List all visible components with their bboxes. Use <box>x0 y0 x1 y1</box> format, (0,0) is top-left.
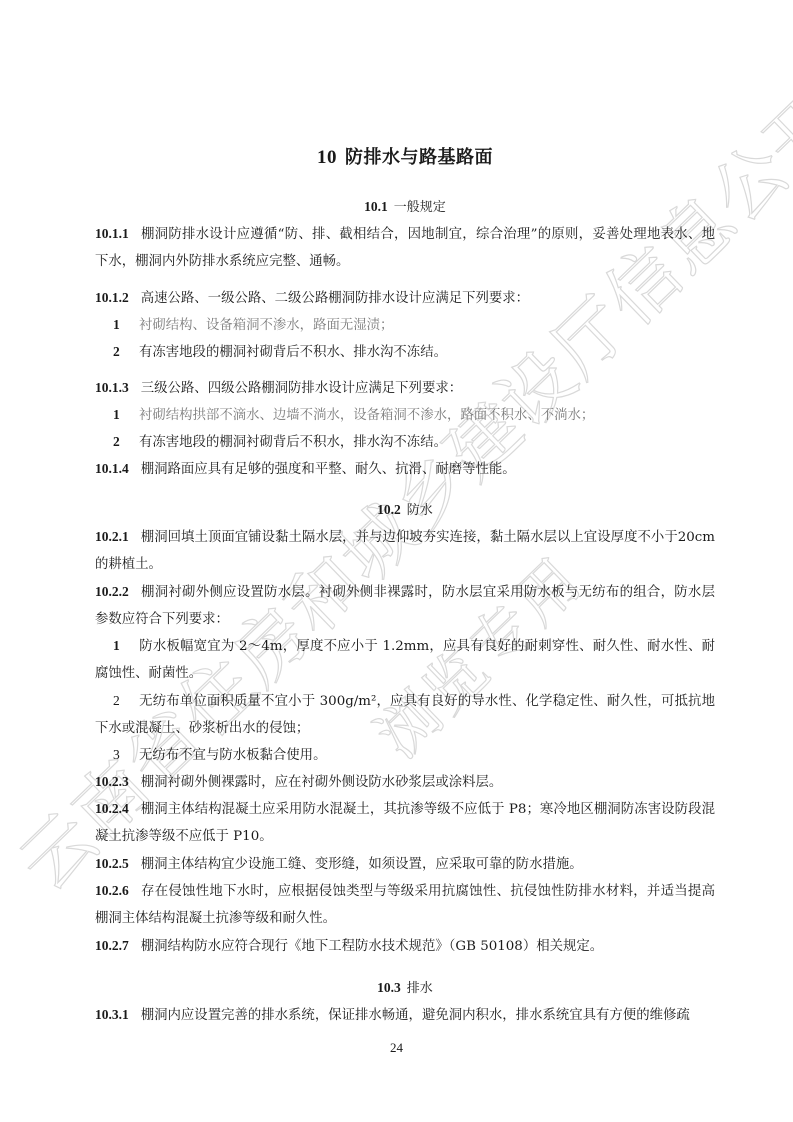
clause-10-2-6: 10.2.6存在侵蚀性地下水时，应根据侵蚀类型与等级采用抗腐蚀性、抗侵蚀性防排水… <box>95 877 715 932</box>
clause-number: 10.1.3 <box>95 380 129 395</box>
clause-text: 棚洞衬砌外侧应设置防水层。衬砌外侧非裸露时，防水层宜采用防水板与无纺布的组合，防… <box>95 585 715 627</box>
list-item-number: 2 <box>113 428 133 455</box>
clause-text: 棚洞衬砌外侧裸露时，应在衬砌外侧设防水砂浆层或涂料层。 <box>141 775 503 790</box>
list-item-number: 1 <box>113 632 133 659</box>
list-item: 1衬砌结构拱部不滴水、边墙不淌水，设备箱洞不渗水，路面不积水、不淌水； <box>95 401 715 429</box>
clause-10-1-1: 10.1.1棚洞防排水设计应遵循“防、排、截相结合，因地制宜，综合治理”的原则，… <box>95 220 715 275</box>
section-title-10-3: 10.3排水 <box>95 977 715 996</box>
clause-number: 10.2.6 <box>95 883 129 898</box>
clause-number: 10.1.4 <box>95 461 129 476</box>
list-item-text: 有冻害地段的棚洞衬砌背后不积水，排水沟不冻结。 <box>139 435 447 450</box>
list-item: 3无纺布不宜与防水板黏合使用。 <box>95 741 715 769</box>
clause-number: 10.2.2 <box>95 584 129 599</box>
clause-number: 10.3.1 <box>95 1007 129 1022</box>
clause-10-2-3: 10.2.3棚洞衬砌外侧裸露时，应在衬砌外侧设防水砂浆层或涂料层。 <box>95 768 715 796</box>
list-item-text: 无纺布单位面积质量不宜小于 300g/m²，应具有良好的导水性、化学稳定性、耐久… <box>95 694 715 736</box>
chapter-title-text: 防排水与路基路面 <box>345 147 493 168</box>
clause-text: 棚洞主体结构混凝土应采用防水混凝土，其抗渗等级不应低于 P8；寒冷地区棚洞防冻害… <box>95 802 715 844</box>
section-number: 10.2 <box>377 502 401 517</box>
chapter-number: 10 <box>317 147 337 168</box>
clause-10-2-2: 10.2.2棚洞衬砌外侧应设置防水层。衬砌外侧非裸露时，防水层宜采用防水板与无纺… <box>95 578 715 633</box>
list-item-text: 衬砌结构拱部不滴水、边墙不淌水，设备箱洞不渗水，路面不积水、不淌水； <box>139 408 594 423</box>
clause-10-2-4: 10.2.4棚洞主体结构混凝土应采用防水混凝土，其抗渗等级不应低于 P8；寒冷地… <box>95 795 715 850</box>
list-item-number: 2 <box>113 338 133 365</box>
clause-text: 棚洞回填土顶面宜铺设黏土隔水层，并与边仰坡夯实连接，黏土隔水层以上宜设厚度不小于… <box>95 530 715 572</box>
section-title-text: 防水 <box>407 503 433 518</box>
clause-number: 10.2.4 <box>95 801 129 816</box>
clause-number: 10.2.1 <box>95 529 129 544</box>
clause-text: 棚洞路面应具有足够的强度和平整、耐久、抗滑、耐磨等性能。 <box>141 462 516 477</box>
clause-10-1-4: 10.1.4棚洞路面应具有足够的强度和平整、耐久、抗滑、耐磨等性能。 <box>95 455 715 483</box>
clause-number: 10.2.5 <box>95 856 129 871</box>
list-item-text: 无纺布不宜与防水板黏合使用。 <box>139 748 326 763</box>
section-number: 10.3 <box>377 980 401 995</box>
list-item: 2有冻害地段的棚洞衬砌背后不积水，排水沟不冻结。 <box>95 428 715 456</box>
clause-number: 10.2.7 <box>95 938 129 953</box>
list-item: 1衬砌结构、设备箱洞不渗水，路面无湿渍； <box>95 311 715 339</box>
clause-10-2-7: 10.2.7棚洞结构防水应符合现行《地下工程防水技术规范》（GB 50108）相… <box>95 932 715 960</box>
list-item-text: 衬砌结构、设备箱洞不渗水，路面无湿渍； <box>139 318 393 333</box>
section-title-10-2: 10.2防水 <box>95 499 715 518</box>
chapter-title: 10防排水与路基路面 <box>95 143 715 169</box>
list-item-text: 有冻害地段的棚洞衬砌背后不积水、排水沟不冻结。 <box>139 345 447 360</box>
section-number: 10.1 <box>364 199 388 214</box>
list-item: 2无纺布单位面积质量不宜小于 300g/m²，应具有良好的导水性、化学稳定性、耐… <box>95 687 715 742</box>
section-title-10-1: 10.1一般规定 <box>95 196 715 215</box>
list-item-number: 3 <box>113 741 133 768</box>
list-item: 2有冻害地段的棚洞衬砌背后不积水、排水沟不冻结。 <box>95 338 715 366</box>
clause-10-3-1: 10.3.1棚洞内应设置完善的排水系统，保证排水畅通，避免洞内积水，排水系统宜具… <box>95 1001 715 1029</box>
clause-10-2-1: 10.2.1棚洞回填土顶面宜铺设黏土隔水层，并与边仰坡夯实连接，黏土隔水层以上宜… <box>95 523 715 578</box>
clause-text: 高速公路、一级公路、二级公路棚洞防排水设计应满足下列要求： <box>141 291 529 306</box>
section-title-text: 一般规定 <box>394 200 446 215</box>
clause-number: 10.1.2 <box>95 290 129 305</box>
clause-10-1-2: 10.1.2高速公路、一级公路、二级公路棚洞防排水设计应满足下列要求： <box>95 284 715 312</box>
clause-text: 棚洞结构防水应符合现行《地下工程防水技术规范》（GB 50108）相关规定。 <box>141 939 603 954</box>
clause-number: 10.1.1 <box>95 226 129 241</box>
clause-text: 三级公路、四级公路棚洞防排水设计应满足下列要求： <box>141 381 462 396</box>
list-item: 1防水板幅宽宜为 2～4m，厚度不应小于 1.2mm，应具有良好的耐刺穿性、耐久… <box>95 632 715 687</box>
clause-text: 棚洞内应设置完善的排水系统，保证排水畅通，避免洞内积水，排水系统宜具有方便的维修… <box>141 1008 690 1023</box>
clause-text: 棚洞主体结构宜少设施工缝、变形缝，如须设置，应采取可靠的防水措施。 <box>141 857 583 872</box>
list-item-number: 2 <box>113 687 133 714</box>
clause-10-2-5: 10.2.5棚洞主体结构宜少设施工缝、变形缝，如须设置，应采取可靠的防水措施。 <box>95 850 715 878</box>
document-page: 云南省住房和城乡建设厅信息公开 浏览专用 10防排水与路基路面 10.1一般规定… <box>0 0 793 1122</box>
clause-text: 棚洞防排水设计应遵循“防、排、截相结合，因地制宜，综合治理”的原则，妥善处理地表… <box>95 227 715 269</box>
clause-10-1-3: 10.1.3三级公路、四级公路棚洞防排水设计应满足下列要求： <box>95 374 715 402</box>
list-item-text: 防水板幅宽宜为 2～4m，厚度不应小于 1.2mm，应具有良好的耐刺穿性、耐久性… <box>95 639 715 681</box>
clause-text: 存在侵蚀性地下水时，应根据侵蚀类型与等级采用抗腐蚀性、抗侵蚀性防排水材料，并适当… <box>95 884 715 926</box>
clause-number: 10.2.3 <box>95 774 129 789</box>
section-title-text: 排水 <box>407 981 433 996</box>
list-item-number: 1 <box>113 401 133 428</box>
list-item-number: 1 <box>113 311 133 338</box>
page-number: 24 <box>0 1040 793 1056</box>
